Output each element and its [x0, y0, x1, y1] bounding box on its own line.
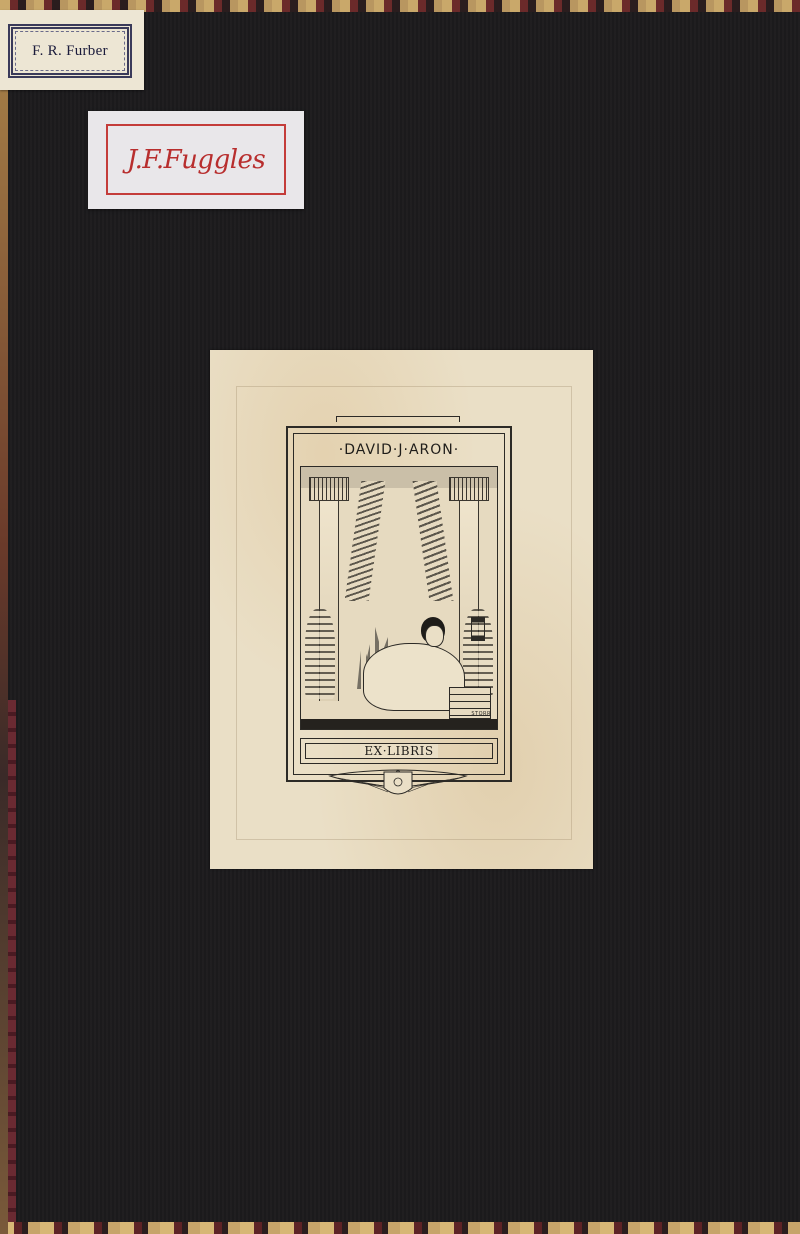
ex-libris-banner: EX·LIBRIS — [300, 738, 498, 764]
floor — [301, 719, 497, 729]
leather-edge-left — [8, 700, 16, 1222]
red-border: J.F.Fuggles — [106, 124, 286, 195]
ex-libris-text: EX·LIBRIS — [360, 744, 437, 758]
ex-libris-bookplate: ·DAVID·J·ARON· STORR EX·LIBRIS — [210, 350, 593, 869]
name-label-fuggles: J.F.Fuggles — [88, 111, 304, 209]
marbled-edge-bottom — [0, 1222, 800, 1234]
winged-emblem-icon — [328, 766, 468, 802]
label-fuggles-text: J.F.Fuggles — [127, 145, 266, 175]
label-furber-text: F. R. Furber — [32, 43, 108, 60]
ornamental-border: F. R. Furber — [8, 24, 132, 78]
tassel-left — [305, 609, 335, 699]
name-label-furber: F. R. Furber — [0, 10, 144, 90]
marbled-edge-left — [0, 90, 8, 1234]
bookplate-illustration: STORR — [300, 466, 498, 730]
curtain-right — [413, 481, 454, 601]
hourglass-icon — [471, 617, 485, 641]
curtain-left — [345, 481, 386, 601]
bookplate-owner-name: ·DAVID·J·ARON· — [288, 442, 510, 458]
figure-face — [425, 625, 444, 647]
hanging-bar — [336, 416, 460, 422]
artist-signature: STORR — [471, 711, 491, 717]
bookplate-frame: ·DAVID·J·ARON· STORR EX·LIBRIS — [286, 426, 512, 782]
